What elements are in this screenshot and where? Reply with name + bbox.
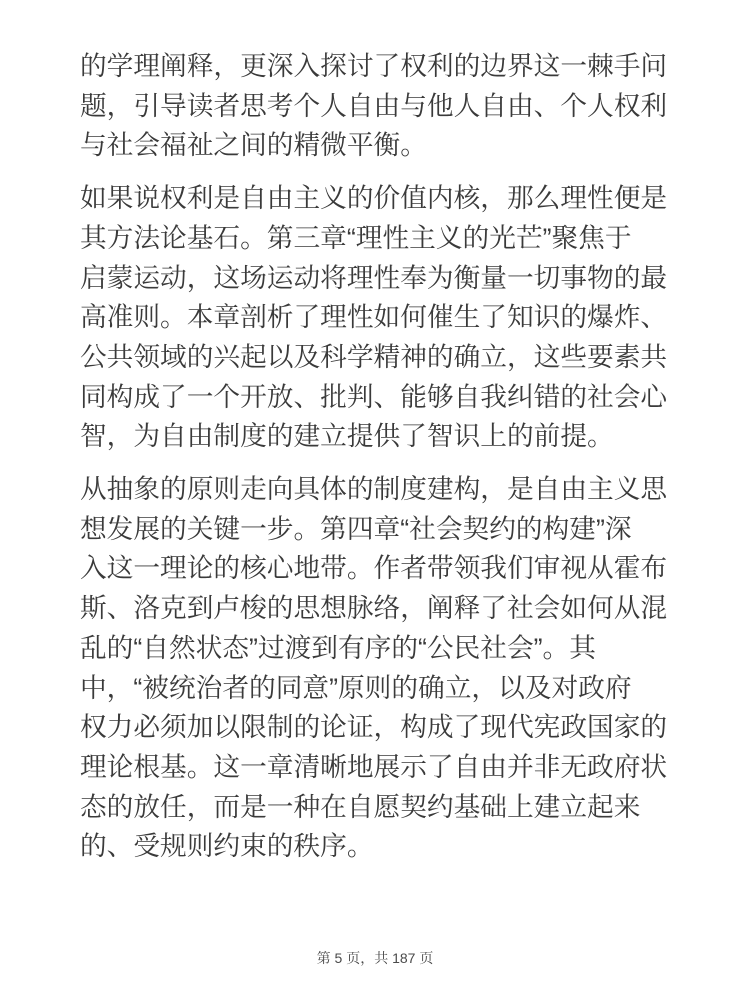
document-page: 的学理阐释，更深入探讨了权利的边界这一棘手问 题，引导读者思考个人自由与他人自由… — [0, 0, 750, 1000]
paragraph-chapter-four-social-contract: 从抽象的原则走向具体的制度建构，是自由主义思 想发展的关键一步。第四章“社会契约… — [80, 470, 672, 867]
paragraph-chapter-three-rationalism: 如果说权利是自由主义的价值内核，那么理性便是 其方法论基石。第三章“理性主义的光… — [80, 179, 672, 457]
paragraph-rights-boundary: 的学理阐释，更深入探讨了权利的边界这一棘手问 题，引导读者思考个人自由与他人自由… — [80, 47, 672, 166]
page-text-block: 的学理阐释，更深入探讨了权利的边界这一棘手问 题，引导读者思考个人自由与他人自由… — [80, 47, 672, 880]
page-number-footer: 第 5 页，共 187 页 — [0, 948, 750, 968]
